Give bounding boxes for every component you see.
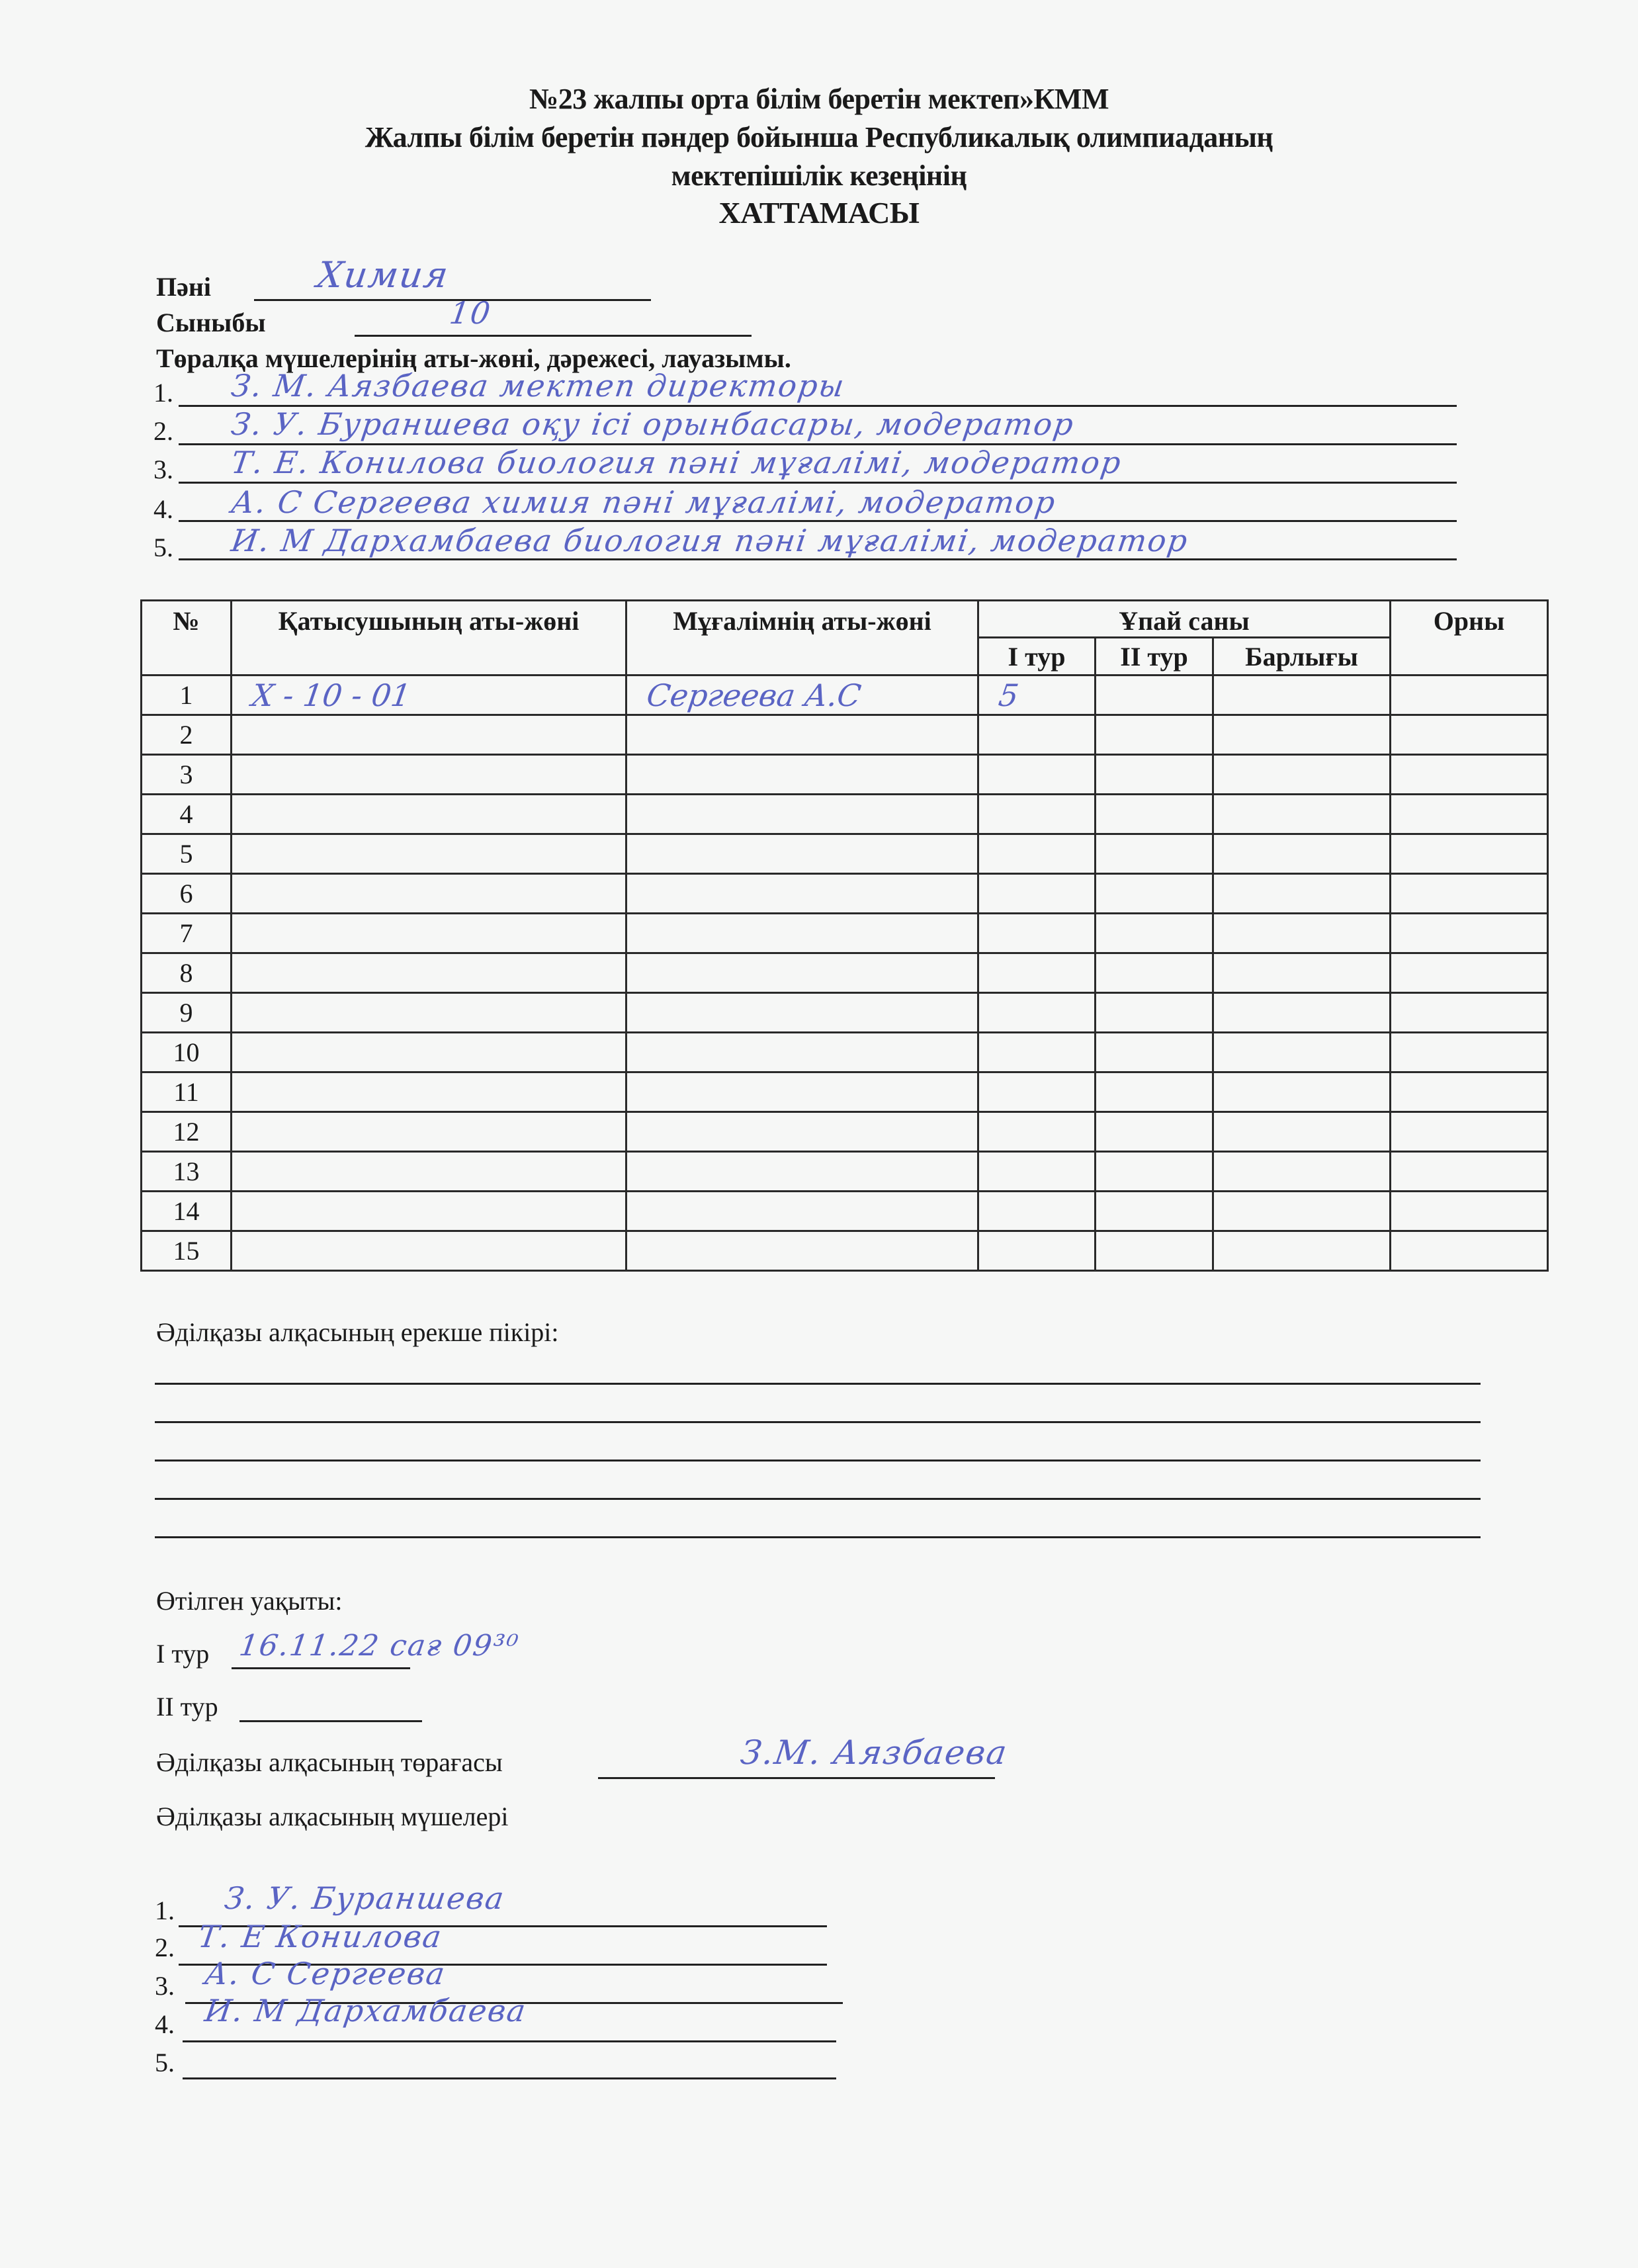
round2-cell[interactable] (1096, 715, 1213, 755)
place-cell[interactable] (1391, 795, 1548, 834)
jury-num: 5. (153, 532, 173, 563)
col-score: Ұпай саны (978, 601, 1391, 638)
round1-cell[interactable] (978, 1072, 1096, 1112)
table-row: 14 (142, 1192, 1548, 1231)
round1-cell-value: 5 (996, 677, 1021, 713)
teacher-cell[interactable] (626, 914, 978, 953)
round1-cell[interactable] (978, 755, 1096, 795)
place-cell[interactable] (1391, 993, 1548, 1033)
total-cell[interactable] (1213, 993, 1391, 1033)
chair-label: Әділқазы алқасының төрағасы (156, 1747, 503, 1778)
teacher-cell[interactable] (626, 1231, 978, 1271)
col-num: № (142, 601, 232, 676)
round1-value[interactable]: 16.11.22 сағ 09³⁰ (237, 1629, 521, 1663)
teacher-cell[interactable] (626, 874, 978, 914)
round2-cell[interactable] (1096, 755, 1213, 795)
results-table: № Қатысушының аты-жөні Мұғалімнің аты-жө… (140, 599, 1549, 1272)
teacher-cell[interactable] (626, 755, 978, 795)
member-line (183, 2040, 836, 2042)
subject-label: Пәні (156, 271, 211, 302)
row-number: 3 (142, 755, 232, 795)
participant-cell[interactable] (232, 1033, 626, 1072)
place-cell[interactable] (1391, 715, 1548, 755)
round2-cell[interactable] (1096, 834, 1213, 874)
participant-cell[interactable] (232, 1072, 626, 1112)
row-number: 11 (142, 1072, 232, 1112)
row-number: 8 (142, 953, 232, 993)
row-number: 9 (142, 993, 232, 1033)
member-num: 1. (155, 1895, 175, 1926)
col-place: Орны (1391, 601, 1548, 676)
participant-cell[interactable] (232, 1112, 626, 1152)
table-row: 10 (142, 1033, 1548, 1072)
jury-line (179, 482, 1457, 484)
total-cell[interactable] (1213, 1112, 1391, 1152)
member-signature[interactable]: И. М Дархамбаева (202, 1993, 529, 2028)
round2-cell[interactable] (1096, 1231, 1213, 1271)
round1-cell[interactable] (978, 914, 1096, 953)
teacher-cell[interactable] (626, 1152, 978, 1192)
participant-cell[interactable] (232, 953, 626, 993)
participant-cell[interactable]: Х - 10 - 01 (232, 676, 626, 715)
place-cell[interactable] (1391, 755, 1548, 795)
table-row: 2 (142, 715, 1548, 755)
round2-cell[interactable] (1096, 914, 1213, 953)
place-cell[interactable] (1391, 1192, 1548, 1231)
place-cell[interactable] (1391, 1072, 1548, 1112)
col-round2: ІІ тур (1096, 638, 1213, 676)
table-row: 11 (142, 1072, 1548, 1112)
table-row: 7 (142, 914, 1548, 953)
time-label: Өтілген уақыты: (156, 1585, 342, 1616)
round2-label: ІІ тур (156, 1691, 218, 1722)
participant-cell-value: Х - 10 - 01 (249, 677, 413, 713)
teacher-cell[interactable]: Сергеева А.С (626, 676, 978, 715)
total-cell[interactable] (1213, 795, 1391, 834)
opinion-line[interactable] (155, 1536, 1481, 1538)
round2-cell[interactable] (1096, 676, 1213, 715)
teacher-cell[interactable] (626, 953, 978, 993)
row-number: 10 (142, 1033, 232, 1072)
school-name: №23 жалпы орта білім беретін мектеп»КММ (0, 81, 1638, 118)
jury-entry[interactable]: З. М. Аязбаева мектеп директоры (229, 368, 847, 404)
total-cell[interactable] (1213, 715, 1391, 755)
row-number: 14 (142, 1192, 232, 1231)
document-title: ХАТТАМАСЫ (0, 195, 1638, 232)
round1-cell[interactable] (978, 1192, 1096, 1231)
col-round1: І тур (978, 638, 1096, 676)
jury-line (179, 558, 1457, 560)
table-row: 4 (142, 795, 1548, 834)
place-cell[interactable] (1391, 1112, 1548, 1152)
stage-title: мектепішілік кезеңінің (0, 157, 1638, 195)
place-cell[interactable] (1391, 1231, 1548, 1271)
round2-cell[interactable] (1096, 1112, 1213, 1152)
jury-num: 4. (153, 494, 173, 525)
total-cell[interactable] (1213, 1152, 1391, 1192)
round1-label: І тур (156, 1638, 209, 1669)
place-cell[interactable] (1391, 834, 1548, 874)
round1-cell[interactable] (978, 1033, 1096, 1072)
round1-cell[interactable] (978, 993, 1096, 1033)
member-num: 5. (155, 2047, 175, 2078)
round1-cell[interactable] (978, 1112, 1096, 1152)
row-number: 1 (142, 676, 232, 715)
total-cell[interactable] (1213, 874, 1391, 914)
total-cell[interactable] (1213, 1192, 1391, 1231)
opinion-line[interactable] (155, 1421, 1481, 1423)
teacher-cell[interactable] (626, 1112, 978, 1152)
round1-cell[interactable] (978, 834, 1096, 874)
jury-entry[interactable]: И. М Дархамбаева биология пәні мұғалімі,… (229, 523, 1191, 558)
round1-cell[interactable] (978, 715, 1096, 755)
jury-entry[interactable]: Т. Е. Конилова биология пәні мұғалімі, м… (229, 445, 1124, 480)
place-cell[interactable] (1391, 953, 1548, 993)
grade-value[interactable]: 10 (447, 295, 494, 331)
member-num: 2. (155, 1932, 175, 1963)
member-signature[interactable]: З. У. Бураншева (222, 1880, 507, 1916)
member-num: 3. (155, 1970, 175, 2001)
round1-cell[interactable] (978, 1231, 1096, 1271)
teacher-cell[interactable] (626, 834, 978, 874)
col-participant: Қатысушының аты-жөні (232, 601, 626, 676)
row-number: 5 (142, 834, 232, 874)
table-row: 5 (142, 834, 1548, 874)
round1-line (232, 1667, 410, 1669)
round1-cell[interactable] (978, 1152, 1096, 1192)
round2-cell[interactable] (1096, 1033, 1213, 1072)
round1-cell[interactable] (978, 874, 1096, 914)
jury-num: 3. (153, 454, 173, 485)
member-signature[interactable]: Т. Е Конилова (196, 1919, 445, 1954)
total-cell[interactable] (1213, 1033, 1391, 1072)
table-row: 12 (142, 1112, 1548, 1152)
total-cell[interactable] (1213, 676, 1391, 715)
row-number: 6 (142, 874, 232, 914)
total-cell[interactable] (1213, 1072, 1391, 1112)
jury-num: 2. (153, 415, 173, 447)
row-number: 12 (142, 1112, 232, 1152)
subject-value[interactable]: Химия (315, 254, 452, 296)
participant-cell[interactable] (232, 755, 626, 795)
table-row: 3 (142, 755, 1548, 795)
row-number: 13 (142, 1152, 232, 1192)
total-cell[interactable] (1213, 953, 1391, 993)
place-cell[interactable] (1391, 914, 1548, 953)
round2-cell[interactable] (1096, 953, 1213, 993)
jury-num: 1. (153, 377, 173, 408)
teacher-cell[interactable] (626, 1072, 978, 1112)
grade-label: Сыныбы (156, 307, 266, 338)
participant-cell[interactable] (232, 834, 626, 874)
teacher-cell[interactable] (626, 795, 978, 834)
jury-entry[interactable]: А. С Сергеева химия пәні мұғалімі, модер… (229, 484, 1058, 520)
round1-cell[interactable] (978, 953, 1096, 993)
table-row: 1Х - 10 - 01Сергеева А.С5 (142, 676, 1548, 715)
table-row: 8 (142, 953, 1548, 993)
opinion-label: Әділқазы алқасының ерекше пікірі: (156, 1317, 559, 1348)
olympiad-title: Жалпы білім беретін пәндер бойынша Респу… (0, 119, 1638, 156)
total-cell[interactable] (1213, 1231, 1391, 1271)
row-number: 2 (142, 715, 232, 755)
round2-cell[interactable] (1096, 795, 1213, 834)
place-cell[interactable] (1391, 874, 1548, 914)
chair-line (598, 1777, 995, 1779)
opinion-line[interactable] (155, 1460, 1481, 1461)
jury-entry[interactable]: З. У. Бураншева оқу ісі орынбасары, моде… (229, 406, 1076, 442)
teacher-cell[interactable] (626, 993, 978, 1033)
member-signature[interactable]: А. С Сергеева (202, 1956, 448, 1991)
round2-cell[interactable] (1096, 1072, 1213, 1112)
participant-cell[interactable] (232, 914, 626, 953)
place-cell[interactable] (1391, 676, 1548, 715)
round2-line (239, 1720, 422, 1722)
teacher-cell[interactable] (626, 1192, 978, 1231)
participant-cell[interactable] (232, 715, 626, 755)
round1-cell[interactable]: 5 (978, 676, 1096, 715)
member-num: 4. (155, 2009, 175, 2040)
opinion-line[interactable] (155, 1383, 1481, 1385)
teacher-cell[interactable] (626, 1033, 978, 1072)
round1-cell[interactable] (978, 795, 1096, 834)
total-cell[interactable] (1213, 914, 1391, 953)
col-total: Барлығы (1213, 638, 1391, 676)
table-row: 13 (142, 1152, 1548, 1192)
total-cell[interactable] (1213, 834, 1391, 874)
table-row: 6 (142, 874, 1548, 914)
participant-cell[interactable] (232, 993, 626, 1033)
participant-cell[interactable] (232, 1231, 626, 1271)
total-cell[interactable] (1213, 755, 1391, 795)
participant-cell[interactable] (232, 1152, 626, 1192)
place-cell[interactable] (1391, 1033, 1548, 1072)
round2-cell[interactable] (1096, 874, 1213, 914)
teacher-cell-value: Сергеева А.С (644, 677, 863, 713)
round2-cell[interactable] (1096, 1192, 1213, 1231)
row-number: 15 (142, 1231, 232, 1271)
opinion-line[interactable] (155, 1498, 1481, 1500)
participant-cell[interactable] (232, 874, 626, 914)
table-row: 9 (142, 993, 1548, 1033)
round2-cell[interactable] (1096, 993, 1213, 1033)
row-number: 4 (142, 795, 232, 834)
place-cell[interactable] (1391, 1152, 1548, 1192)
row-number: 7 (142, 914, 232, 953)
members-label: Әділқазы алқасының мүшелері (156, 1801, 508, 1832)
participant-cell[interactable] (232, 1192, 626, 1231)
col-teacher: Мұғалімнің аты-жөні (626, 601, 978, 676)
table-row: 15 (142, 1231, 1548, 1271)
participant-cell[interactable] (232, 795, 626, 834)
member-line (183, 2077, 836, 2079)
chair-signature[interactable]: З.М. Аязбаева (738, 1733, 1010, 1772)
round2-cell[interactable] (1096, 1152, 1213, 1192)
grade-line (355, 335, 752, 337)
teacher-cell[interactable] (626, 715, 978, 755)
jury-line (179, 520, 1457, 522)
